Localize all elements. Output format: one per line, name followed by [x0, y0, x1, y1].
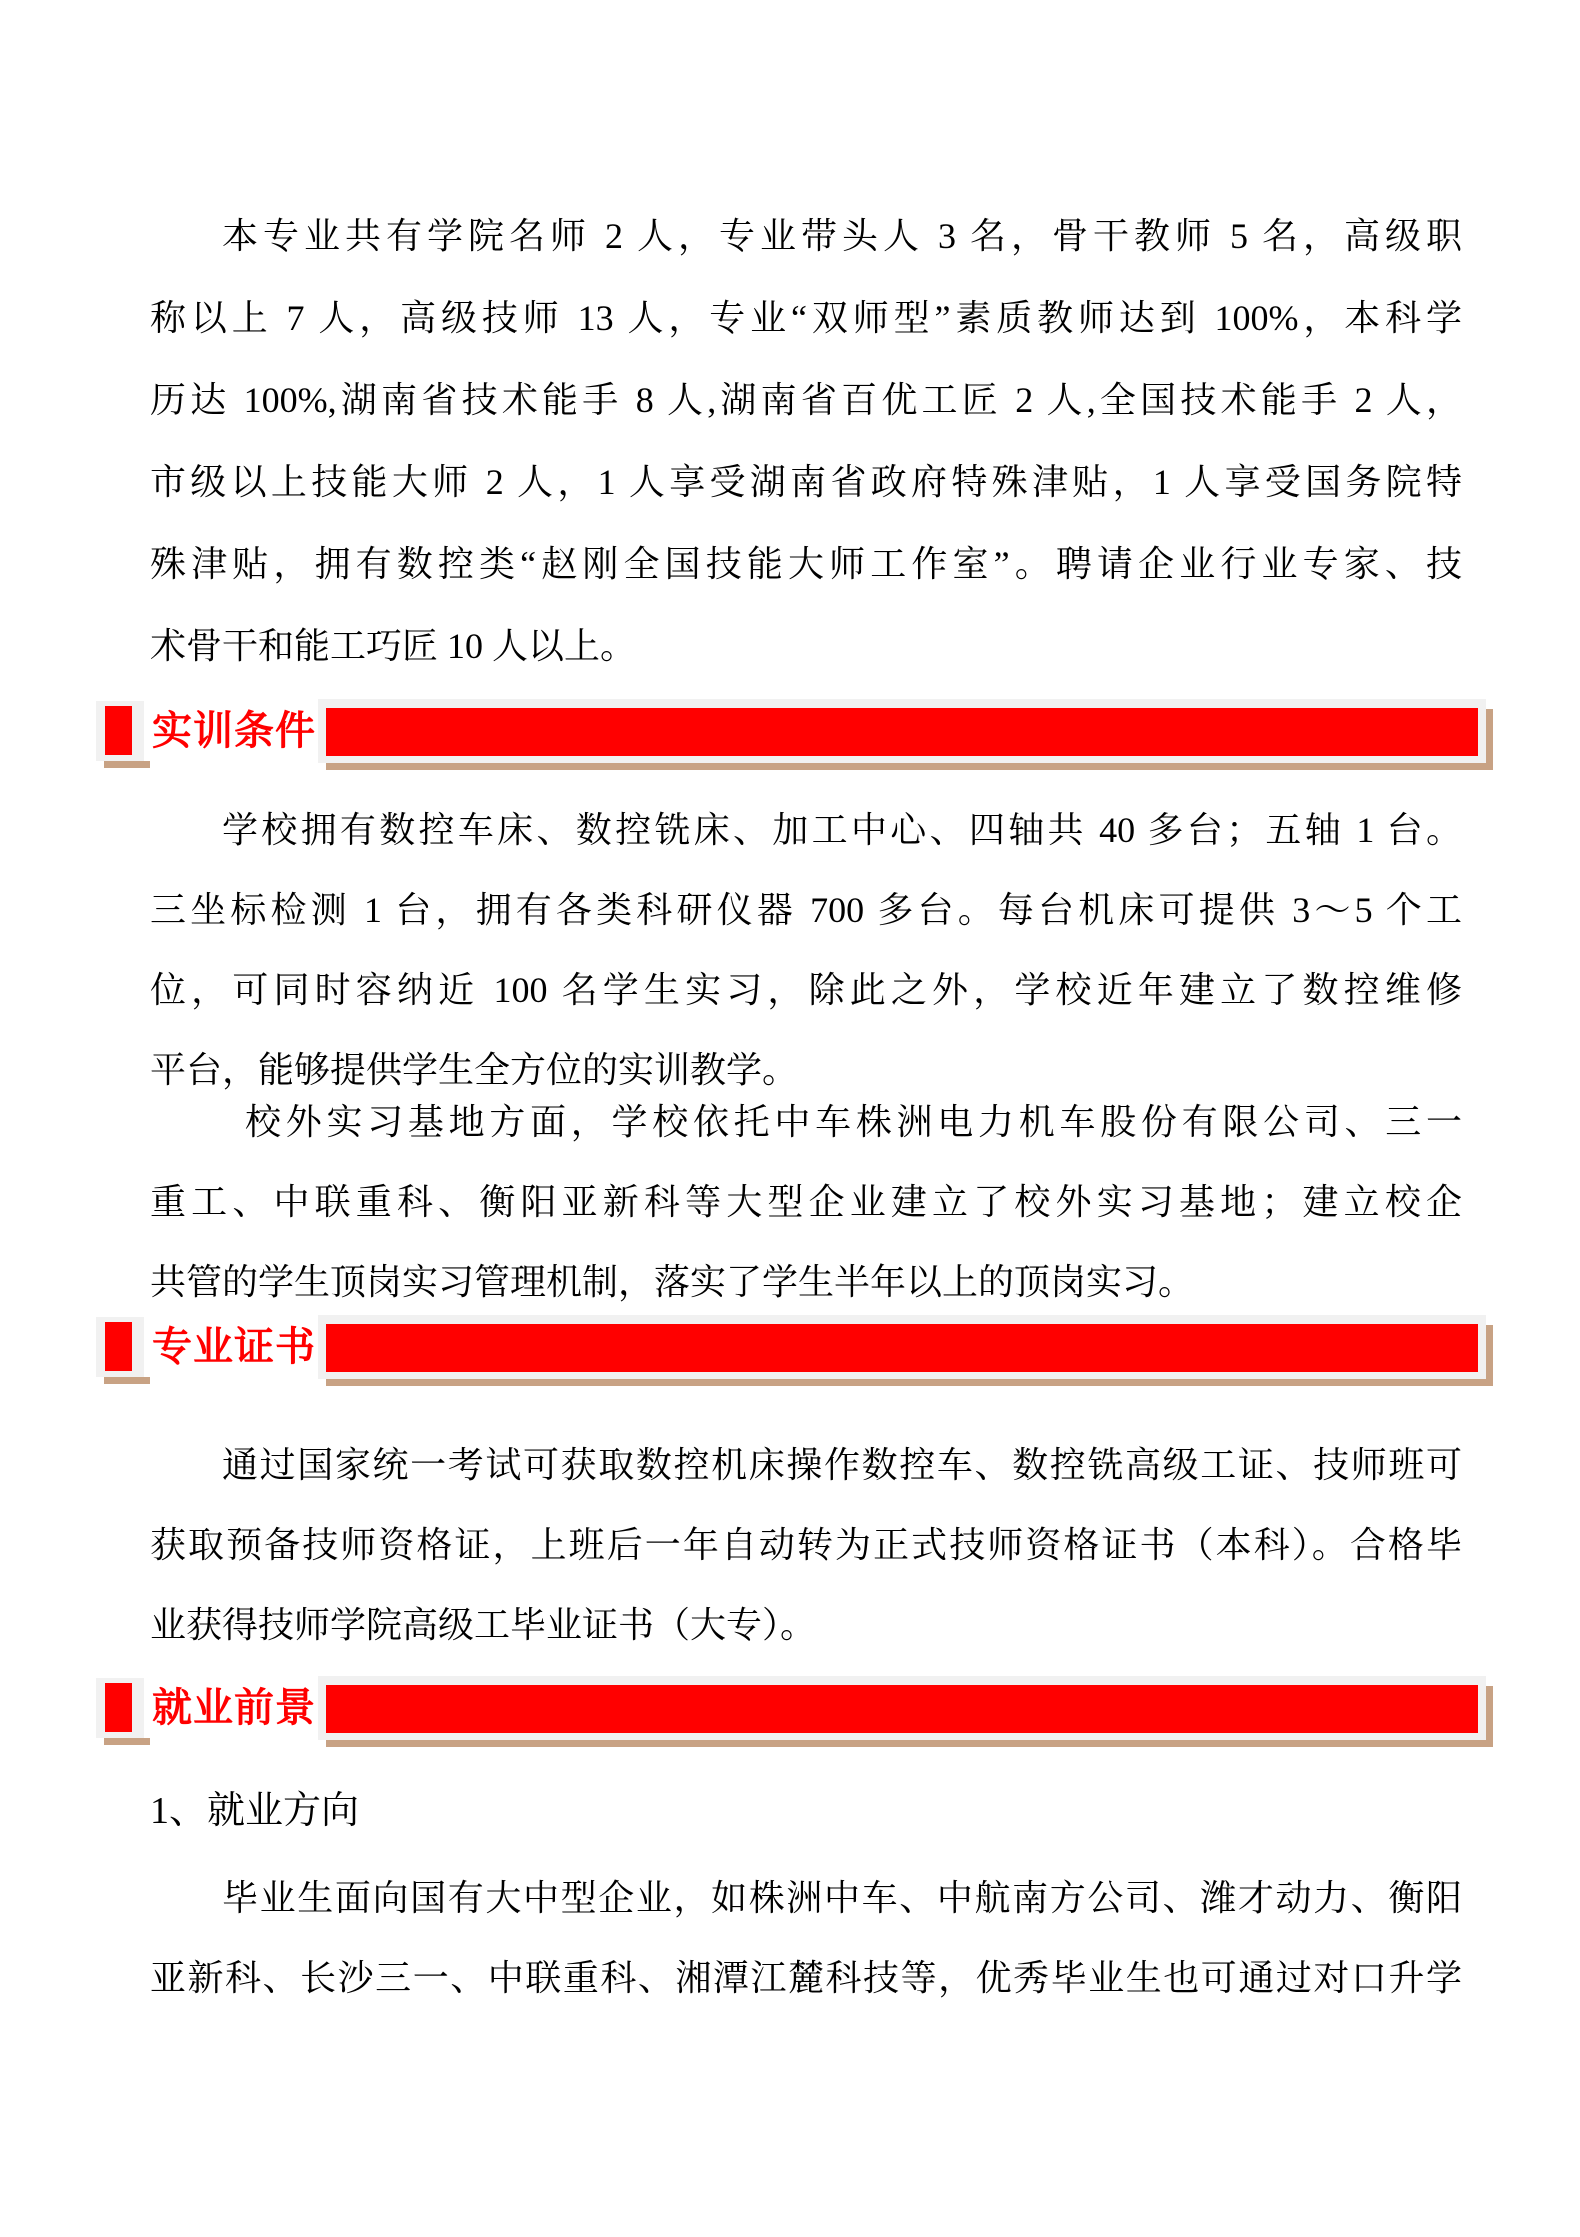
section-title-bar-red	[326, 1685, 1478, 1733]
intro-paragraph: 本专业共有学院名师 2 人，专业带头人 3 名，骨干教师 5 名，高级职 称以上…	[150, 195, 1462, 687]
section-marker-red-block	[105, 1683, 132, 1732]
section-marker-chip	[96, 701, 144, 761]
section-title: 实训条件	[152, 699, 316, 763]
paragraph-line: 术骨干和能工巧匠 10 人以上。	[150, 605, 1462, 687]
section-title: 专业证书	[152, 1315, 316, 1379]
section-marker-chip	[96, 1678, 144, 1738]
paragraph-line: 共管的学生顶岗实习管理机制，落实了学生半年以上的顶岗实习。	[150, 1242, 1462, 1322]
paragraph-line: 重工、中联重科、衡阳亚新科等大型企业建立了校外实习基地；建立校企	[150, 1162, 1462, 1242]
paragraph-line: 校外实习基地方面，学校依托中车株洲电力机车股份有限公司、三一	[150, 1082, 1462, 1162]
section-banner-employment-prospects: 就业前景	[96, 1676, 1486, 1740]
section-marker-red-block	[105, 706, 132, 755]
body-paragraph-equipment: 学校拥有数控车床、数控铣床、加工中心、四轴共 40 多台；五轴 1 台。 三坐标…	[150, 790, 1462, 1110]
paragraph-line: 市级以上技能大师 2 人，1 人享受湖南省政府特殊津贴，1 人享受国务院特	[150, 441, 1462, 523]
paragraph-line: 业获得技师学院高级工毕业证书（大专）。	[150, 1585, 1462, 1665]
section-title-bar	[318, 1676, 1486, 1740]
paragraph-line: 毕业生面向国有大中型企业，如株洲中车、中航南方公司、潍才动力、衡阳	[150, 1858, 1462, 1938]
body-paragraph-practice-bases: 校外实习基地方面，学校依托中车株洲电力机车股份有限公司、三一 重工、中联重科、衡…	[150, 1082, 1462, 1322]
paragraph-line: 位，可同时容纳近 100 名学生实习，除此之外，学校近年建立了数控维修	[150, 950, 1462, 1030]
section-banner-training-conditions: 实训条件	[96, 699, 1486, 763]
section-title-bar-red	[326, 708, 1478, 756]
paragraph-line: 获取预备技师资格证，上班后一年自动转为正式技师资格证书（本科）。合格毕	[150, 1505, 1462, 1585]
paragraph-line: 称以上 7 人，高级技师 13 人，专业“双师型”素质教师达到 100%，本科学	[150, 277, 1462, 359]
section-banner-certificates: 专业证书	[96, 1315, 1486, 1379]
paragraph-line: 三坐标检测 1 台，拥有各类科研仪器 700 多台。每台机床可提供 3～5 个工	[150, 870, 1462, 950]
body-paragraph-employment: 毕业生面向国有大中型企业，如株洲中车、中航南方公司、潍才动力、衡阳 亚新科、长沙…	[150, 1858, 1462, 2018]
document-page: 本专业共有学院名师 2 人，专业带头人 3 名，骨干教师 5 名，高级职 称以上…	[0, 0, 1580, 2237]
paragraph-line: 学校拥有数控车床、数控铣床、加工中心、四轴共 40 多台；五轴 1 台。	[150, 790, 1462, 870]
section-title-bar	[318, 1315, 1486, 1379]
section-title: 就业前景	[152, 1676, 316, 1740]
section-title-bar-red	[326, 1324, 1478, 1372]
paragraph-line: 殊津贴，拥有数控类“赵刚全国技能大师工作室”。聘请企业行业专家、技	[150, 523, 1462, 605]
section-marker-red-block	[105, 1322, 132, 1371]
paragraph-line: 本专业共有学院名师 2 人，专业带头人 3 名，骨干教师 5 名，高级职	[150, 195, 1462, 277]
body-paragraph-certificates: 通过国家统一考试可获取数控机床操作数控车、数控铣高级工证、技师班可 获取预备技师…	[150, 1425, 1462, 1665]
section-title-bar	[318, 699, 1486, 763]
subsection-heading-employment-direction: 1、就业方向	[150, 1782, 1462, 1840]
paragraph-line: 历达 100%,湖南省技术能手 8 人,湖南省百优工匠 2 人,全国技术能手 2…	[150, 359, 1462, 441]
section-marker-chip	[96, 1317, 144, 1377]
paragraph-line: 亚新科、长沙三一、中联重科、湘潭江麓科技等，优秀毕业生也可通过对口升学	[150, 1938, 1462, 2018]
paragraph-line: 通过国家统一考试可获取数控机床操作数控车、数控铣高级工证、技师班可	[150, 1425, 1462, 1505]
